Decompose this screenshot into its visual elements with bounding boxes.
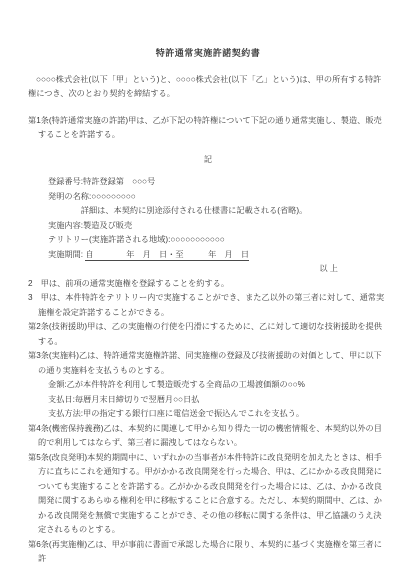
territory: テリトリー(実施許諾される地域):○○○○○○○○○○○ — [48, 233, 388, 248]
license-scope: 実施内容:製造及び販売 — [48, 219, 388, 234]
license-details-block: 登録番号:特許登録第 ○○○号 発明の名称:○○○○○○○○○ 詳細は、本契約に… — [48, 175, 388, 262]
license-period-label: 実施期間: — [48, 250, 85, 259]
closing-marker: 以 上 — [28, 262, 388, 277]
article-6: 第6条(再実施権)乙は、甲が事前に書面で承認した場合に限り、本契約に基づく実施権… — [28, 538, 388, 567]
registration-number: 登録番号:特許登録第 ○○○号 — [48, 175, 388, 190]
clause-3: 3 甲は、本件特許をテリトリー内で実施することができ、また乙以外の第三者に対して… — [28, 291, 388, 320]
preamble: ○○○○株式会社(以下「甲」という)と、○○○○株式会社(以下「乙」という)は、… — [28, 73, 388, 102]
article-5: 第5条(改良発明)本契約期間中に、いずれかの当事者が本件特許に改良発明を加えたと… — [28, 451, 388, 538]
document-page: 特許通常実施許諾契約書 ○○○○株式会社(以下「甲」という)と、○○○○株式会社… — [0, 0, 410, 580]
contract-title: 特許通常実施許諾契約書 — [28, 46, 388, 61]
payment-date: 支払日:毎暦月末日締切りで翌暦月○○日払 — [48, 393, 388, 408]
license-period-value: 自 年 月 日・至 年 月 日 — [85, 250, 249, 261]
article-2: 第2条(技術援助)甲は、乙の実施権の行使を円滑にするために、乙に対して適切な技術… — [28, 320, 388, 349]
article-3: 第3条(実施料)乙は、特許通常実施権許諾、同実施権の登録及び技術援助の対価として… — [28, 349, 388, 378]
invention-detail-note: 詳細は、本契約に別途添付される仕様書に記載される(省略)。 — [48, 204, 388, 219]
note-heading: 記 — [28, 153, 388, 168]
royalty-amount: 金額:乙が本件特許を利用して製造販売する全商品の工場渡価額の○○% — [48, 378, 388, 393]
clause-2: 2 甲は、前項の通常実施権を登録することを約する。 — [28, 277, 388, 292]
article-4: 第4条(機密保持義務)乙は、本契約に関連して甲から知り得た一切の機密情報を、本契… — [28, 422, 388, 451]
license-period: 実施期間: 自 年 月 日・至 年 月 日 — [48, 248, 388, 263]
article-1: 第1条(特許通常実施の許諾)甲は、乙が下記の特許権について下記の通り通常実施し、… — [28, 114, 388, 143]
invention-name: 発明の名称:○○○○○○○○○ — [48, 190, 388, 205]
payment-method: 支払方法:甲の指定する銀行口座に電信送金で振込んでこれを支払う。 — [48, 407, 388, 422]
royalty-terms-block: 金額:乙が本件特許を利用して製造販売する全商品の工場渡価額の○○% 支払日:毎暦… — [48, 378, 388, 422]
